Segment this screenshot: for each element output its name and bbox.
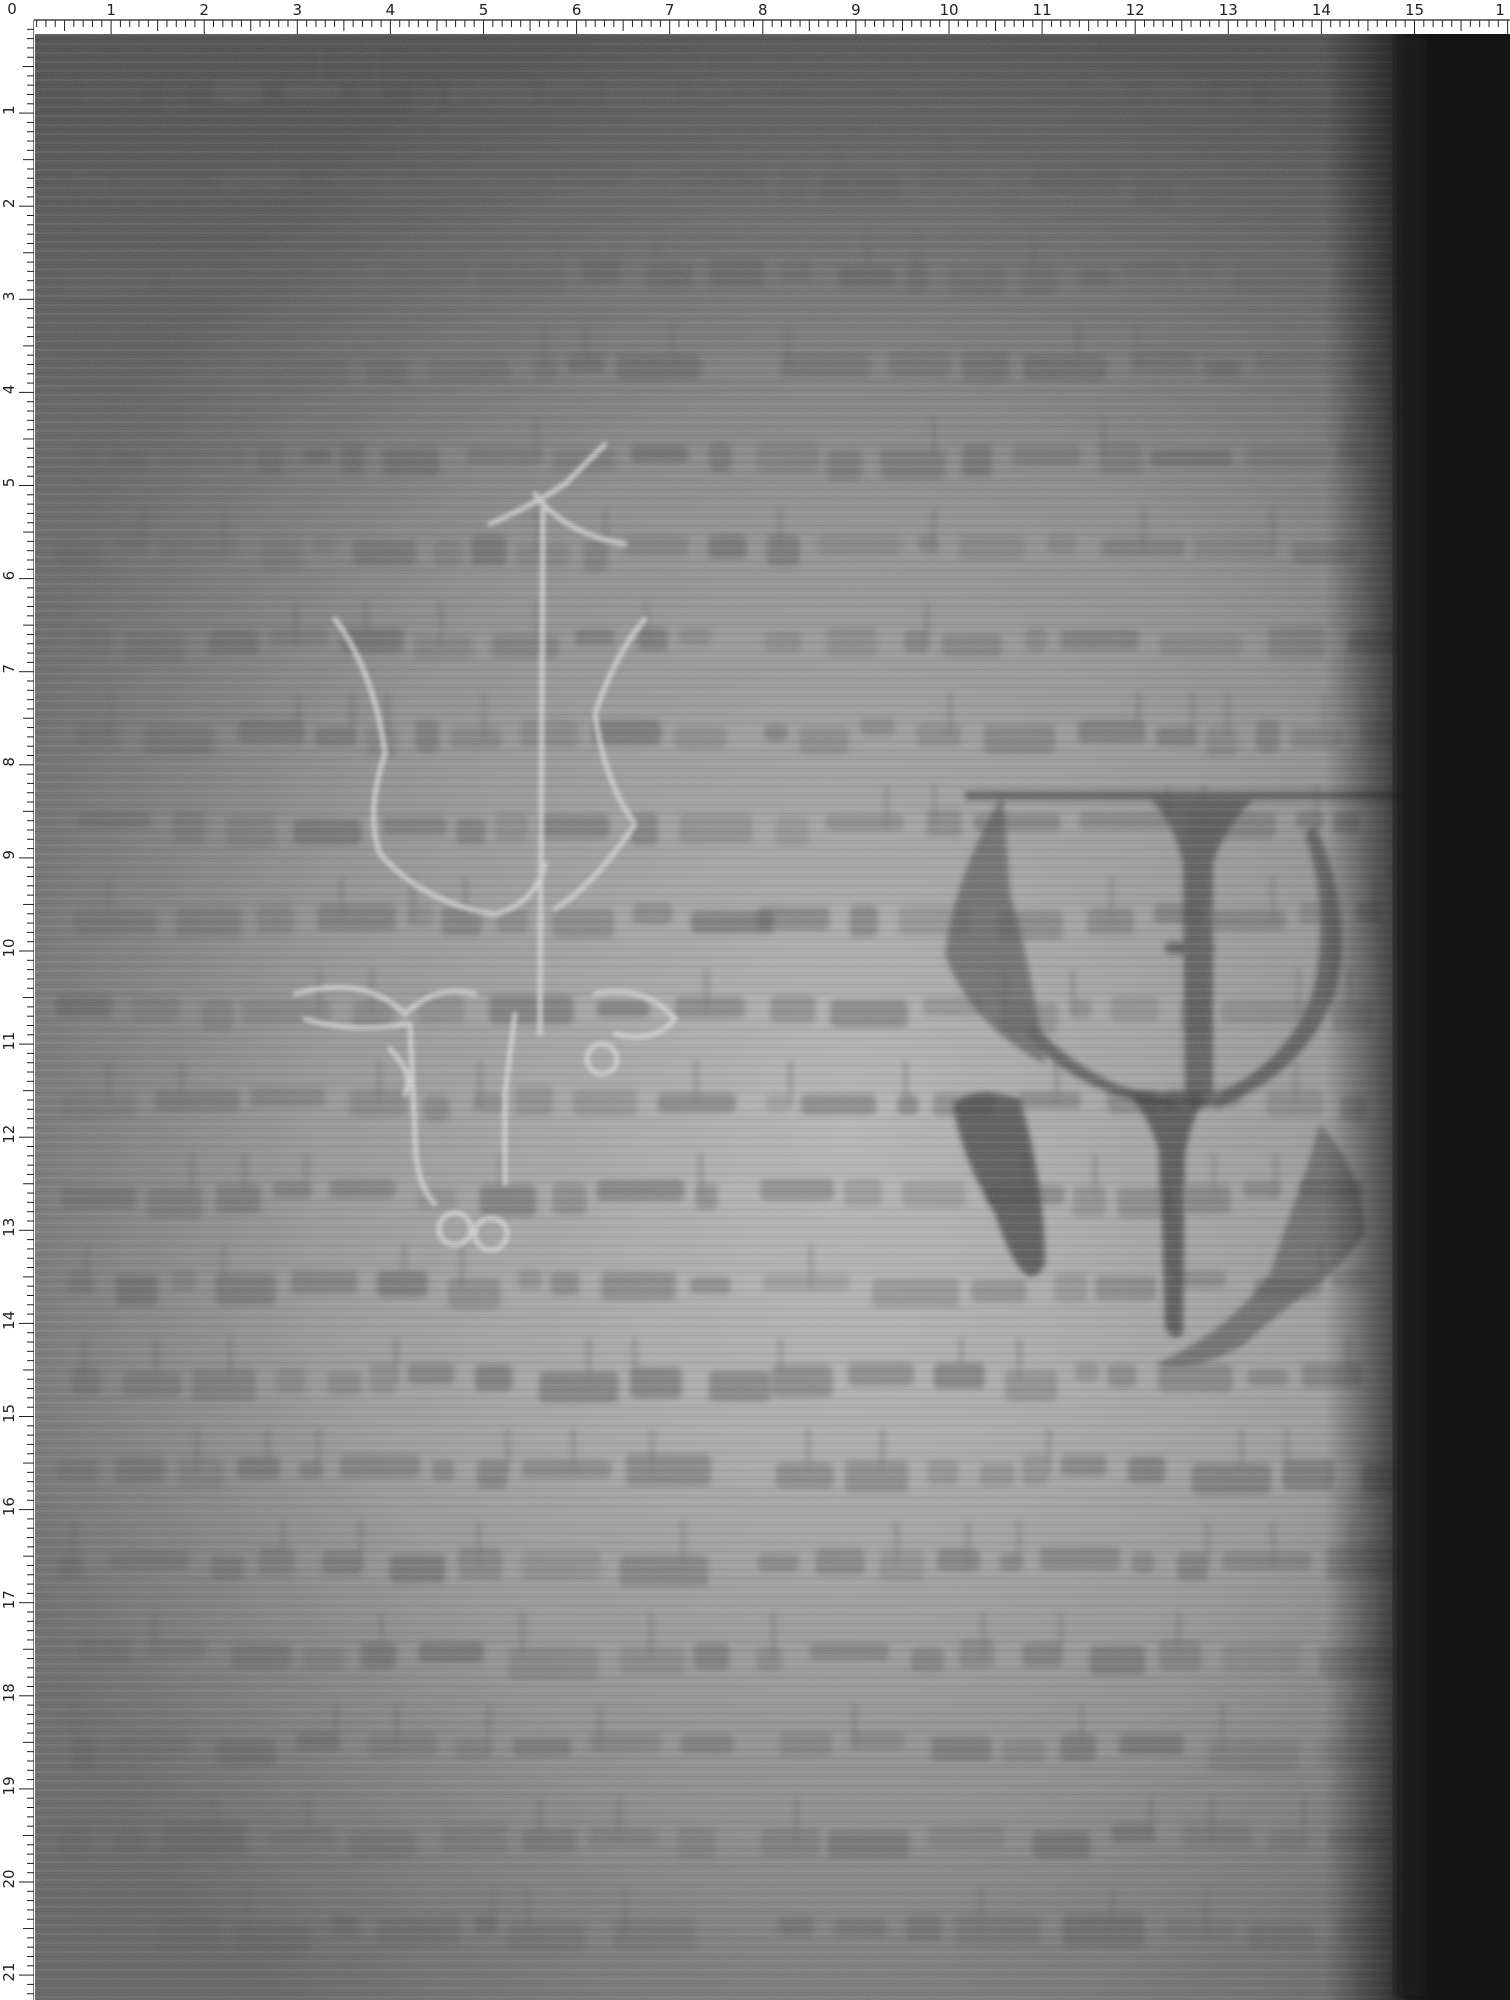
ruler-label: 15	[1405, 1, 1424, 19]
ruler-label: 1	[106, 1, 116, 19]
ruler-label: 0	[7, 0, 17, 18]
ruler-label: 6	[0, 571, 18, 581]
ruler-label: 18	[0, 1683, 18, 1702]
ruler-label: 14	[0, 1311, 18, 1330]
ruler-label: 9	[0, 850, 18, 860]
ruler-label: 15	[0, 1404, 18, 1423]
ruler-label: 8	[0, 757, 18, 767]
ruler-label: 9	[851, 1, 861, 19]
ruler-label: 11	[1033, 1, 1052, 19]
left-ruler: 0123456789101112131415161718192021	[0, 0, 34, 2000]
ruler-label: 19	[0, 1776, 18, 1795]
top-ruler: 01234567891011121314151	[0, 0, 1510, 34]
left-ruler-ticks: 0123456789101112131415161718192021	[0, 0, 34, 2000]
ruler-label: 2	[199, 1, 209, 19]
ruler-label: 17	[0, 1590, 18, 1609]
ruler-label: 7	[665, 1, 675, 19]
ruler-label: 16	[0, 1497, 18, 1516]
ruler-label: 3	[0, 292, 18, 302]
top-ruler-ticks: 01234567891011121314151	[0, 0, 1510, 34]
ruler-label: 5	[0, 478, 18, 488]
ruler-label: 11	[0, 1032, 18, 1051]
ruler-label: 13	[1219, 1, 1238, 19]
ruler-label: 7	[0, 664, 18, 674]
ruler-label: 10	[0, 938, 18, 957]
manuscript-image	[35, 34, 1510, 2000]
ruler-label: 20	[0, 1869, 18, 1888]
ruler-label: 6	[572, 1, 582, 19]
ruler-label: 4	[386, 1, 396, 19]
ruler-label: 10	[939, 1, 958, 19]
ruler-label: 13	[0, 1218, 18, 1237]
ruler-label: 12	[1126, 1, 1145, 19]
ruler-label: 8	[758, 1, 768, 19]
ruler-label: 3	[293, 1, 303, 19]
ruler-label: 5	[479, 1, 489, 19]
ruler-label: 2	[0, 198, 18, 208]
ruler-label: 12	[0, 1125, 18, 1144]
ruler-label: 1	[0, 105, 18, 115]
manuscript-scan	[35, 34, 1510, 2000]
ruler-label: 1	[1495, 1, 1505, 19]
ruler-label: 14	[1312, 1, 1331, 19]
ruler-label: 21	[0, 1963, 18, 1982]
ruler-label: 4	[0, 385, 18, 395]
